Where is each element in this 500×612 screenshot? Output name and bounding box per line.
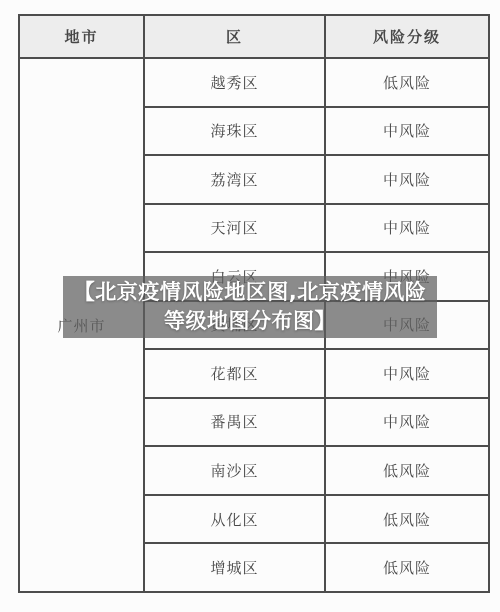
header-row: 地市 区 风险分级 — [19, 15, 489, 58]
district-cell: 荔湾区 — [144, 155, 325, 204]
district-cell: 增城区 — [144, 543, 325, 592]
risk-cell: 中风险 — [325, 349, 489, 398]
header-city: 地市 — [19, 15, 144, 58]
district-cell: 从化区 — [144, 495, 325, 544]
risk-cell: 中风险 — [325, 398, 489, 447]
district-cell: 越秀区 — [144, 58, 325, 107]
risk-cell: 低风险 — [325, 495, 489, 544]
district-cell: 天河区 — [144, 204, 325, 253]
table-row: 广州市越秀区低风险 — [19, 58, 489, 107]
district-cell: 花都区 — [144, 349, 325, 398]
caption-line-2: 等级地图分布图】 — [164, 307, 336, 336]
header-risk-level: 风险分级 — [325, 15, 489, 58]
district-cell: 南沙区 — [144, 446, 325, 495]
district-cell: 番禺区 — [144, 398, 325, 447]
table-header: 地市 区 风险分级 — [19, 15, 489, 58]
risk-cell: 中风险 — [325, 107, 489, 156]
risk-cell: 中风险 — [325, 204, 489, 253]
district-cell: 海珠区 — [144, 107, 325, 156]
risk-cell: 低风险 — [325, 446, 489, 495]
caption-line-1: 【北京疫情风险地区图,北京疫情风险 — [74, 278, 426, 307]
caption-overlay: 【北京疫情风险地区图,北京疫情风险 等级地图分布图】 — [63, 276, 437, 338]
risk-cell: 低风险 — [325, 543, 489, 592]
risk-cell: 低风险 — [325, 58, 489, 107]
header-district: 区 — [144, 15, 325, 58]
risk-cell: 中风险 — [325, 155, 489, 204]
page-background: 地市 区 风险分级 广州市越秀区低风险海珠区中风险荔湾区中风险天河区中风险白云区… — [0, 0, 500, 612]
